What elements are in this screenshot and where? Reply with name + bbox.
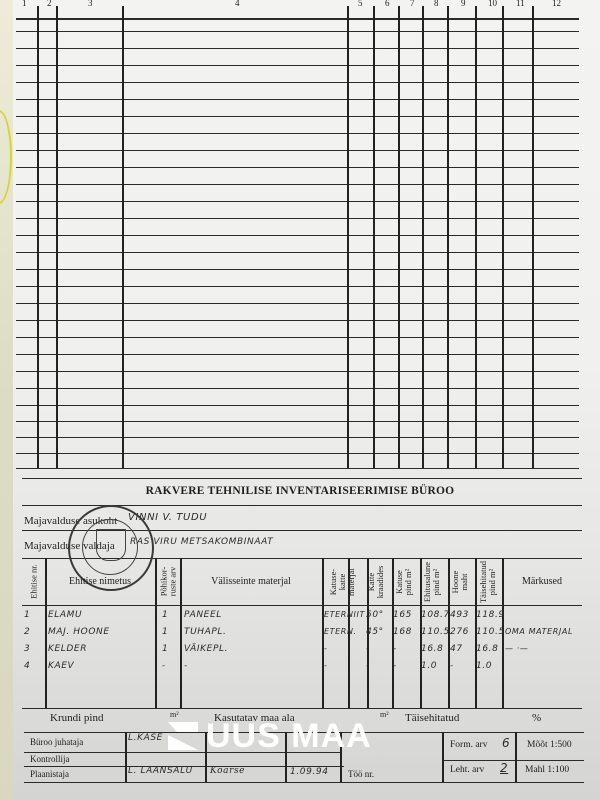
- column-number: 3: [88, 0, 93, 8]
- seal-emblem-icon: [96, 529, 126, 561]
- ruled-grid: [0, 0, 600, 470]
- column-number: 9: [461, 0, 466, 8]
- cell-full-area: 16.8: [476, 644, 498, 654]
- built-up-unit: %: [532, 712, 541, 724]
- cell-wall: VÄIKEPL.: [184, 644, 228, 654]
- watermark-text: UUS MAA: [206, 720, 372, 752]
- work-number-label: Töö nr.: [348, 769, 374, 779]
- cell-volume: -: [450, 661, 454, 671]
- cell-volume: 493: [450, 610, 469, 620]
- cell-roof: ETERN.: [324, 627, 357, 636]
- uus-maa-watermark: UUS MAA: [168, 720, 372, 752]
- cell-roof-area: -: [393, 644, 397, 654]
- cell-notes: — ·—: [505, 644, 529, 653]
- column-number: 6: [385, 0, 390, 8]
- volume-scale: Mahl 1:100: [525, 765, 569, 775]
- cell-roof-area: -: [393, 661, 397, 671]
- column-header-slope: Katte kraadides: [362, 560, 390, 604]
- column-header-roof-area: Katuse pind m²: [390, 560, 418, 604]
- cell-built-area: 1.0: [421, 661, 437, 671]
- column-header-name: Ehitise nimetus: [45, 576, 155, 587]
- cell-name: ELAMU: [48, 610, 82, 620]
- uus-maa-logo-icon: [168, 722, 198, 750]
- cell-nr: 4: [24, 661, 30, 671]
- cell-floors: -: [162, 661, 166, 671]
- measure-scale: Mõõt 1:500: [527, 740, 572, 750]
- column-header-roof: Katuse- katte materjal: [322, 560, 362, 604]
- cell-wall: -: [184, 661, 188, 671]
- cell-floors: 1: [162, 644, 168, 654]
- cell-name: KAEV: [48, 661, 74, 671]
- column-header-built-area: Ehitusalune pind m²: [418, 560, 446, 604]
- cell-floors: 1: [162, 627, 168, 637]
- bureau-head-label: Büroo juhataja: [30, 737, 83, 747]
- cell-roof-area: 165: [393, 610, 412, 620]
- cell-notes: OMA MATERJAL: [505, 627, 573, 636]
- cell-slope: -: [366, 644, 370, 654]
- lot-area-unit: m²: [170, 710, 179, 719]
- cell-full-area: 110.5: [476, 627, 505, 637]
- cell-nr: 2: [24, 627, 30, 637]
- cell-wall: PANEEL: [184, 610, 222, 620]
- column-number: 7: [410, 0, 415, 8]
- usable-land-unit: m²: [380, 710, 389, 719]
- cell-wall: TUHAPL.: [184, 627, 227, 637]
- column-header-wall: Välisseinte materjal: [180, 576, 322, 587]
- sheet-count-label: Leht. arv: [450, 765, 484, 775]
- cell-built-area: 110.5: [421, 627, 450, 637]
- column-header-floors: Põhikor- ruste arv: [155, 560, 180, 604]
- form-count-value: 6: [502, 736, 510, 750]
- cell-slope: -: [366, 661, 370, 671]
- cell-nr: 3: [24, 644, 30, 654]
- cell-built-area: 16.8: [421, 644, 443, 654]
- column-number: 8: [434, 0, 439, 8]
- cell-full-area: 1.0: [476, 661, 492, 671]
- cell-nr: 1: [24, 610, 30, 620]
- column-number: 4: [235, 0, 240, 8]
- cell-roof: -: [324, 644, 328, 653]
- column-header-notes: Märkused: [502, 576, 582, 587]
- column-header-nr: Ehitise nr.: [22, 560, 45, 604]
- date-value: 1.09.94: [290, 767, 329, 777]
- cell-slope: 45°: [366, 627, 384, 637]
- cell-roof-area: 168: [393, 627, 412, 637]
- form-count-label: Form. arv: [450, 740, 487, 750]
- column-number: 10: [488, 0, 497, 8]
- column-header-full-area: Täisehitatud pind m²: [474, 560, 502, 604]
- planner-signature: Koarse: [210, 766, 245, 776]
- cell-slope: 50°: [366, 610, 384, 620]
- column-number: 2: [47, 0, 52, 8]
- column-number: 12: [552, 0, 561, 8]
- column-header-volume: Hoone maht: [446, 560, 474, 604]
- built-up-label: Täisehitatud: [405, 712, 459, 724]
- cell-built-area: 108.7: [421, 610, 450, 620]
- form-title: RAKVERE TEHNILISE INVENTARISEERIMISE BÜR…: [0, 485, 600, 497]
- cell-volume: 47: [450, 644, 463, 654]
- cell-roof: -: [324, 661, 328, 670]
- cell-roof: ETERNIIT: [324, 610, 365, 619]
- planner-label: Plaanistaja: [30, 769, 69, 779]
- controller-label: Kontrollija: [30, 754, 70, 764]
- bureau-head-value: L.KASE: [128, 733, 163, 743]
- sheet-count-value: 2: [500, 761, 508, 775]
- cell-full-area: 118.9: [476, 610, 505, 620]
- planner-value: L. LAANSALU: [128, 766, 193, 776]
- cell-name: KELDER: [48, 644, 87, 654]
- lot-area-label: Krundi pind: [50, 712, 103, 724]
- column-number: 1: [22, 0, 27, 8]
- cell-floors: 1: [162, 610, 168, 620]
- column-number: 11: [516, 0, 525, 8]
- cell-volume: 276: [450, 627, 469, 637]
- column-number: 5: [358, 0, 363, 8]
- cell-name: MAJ. HOONE: [48, 627, 110, 637]
